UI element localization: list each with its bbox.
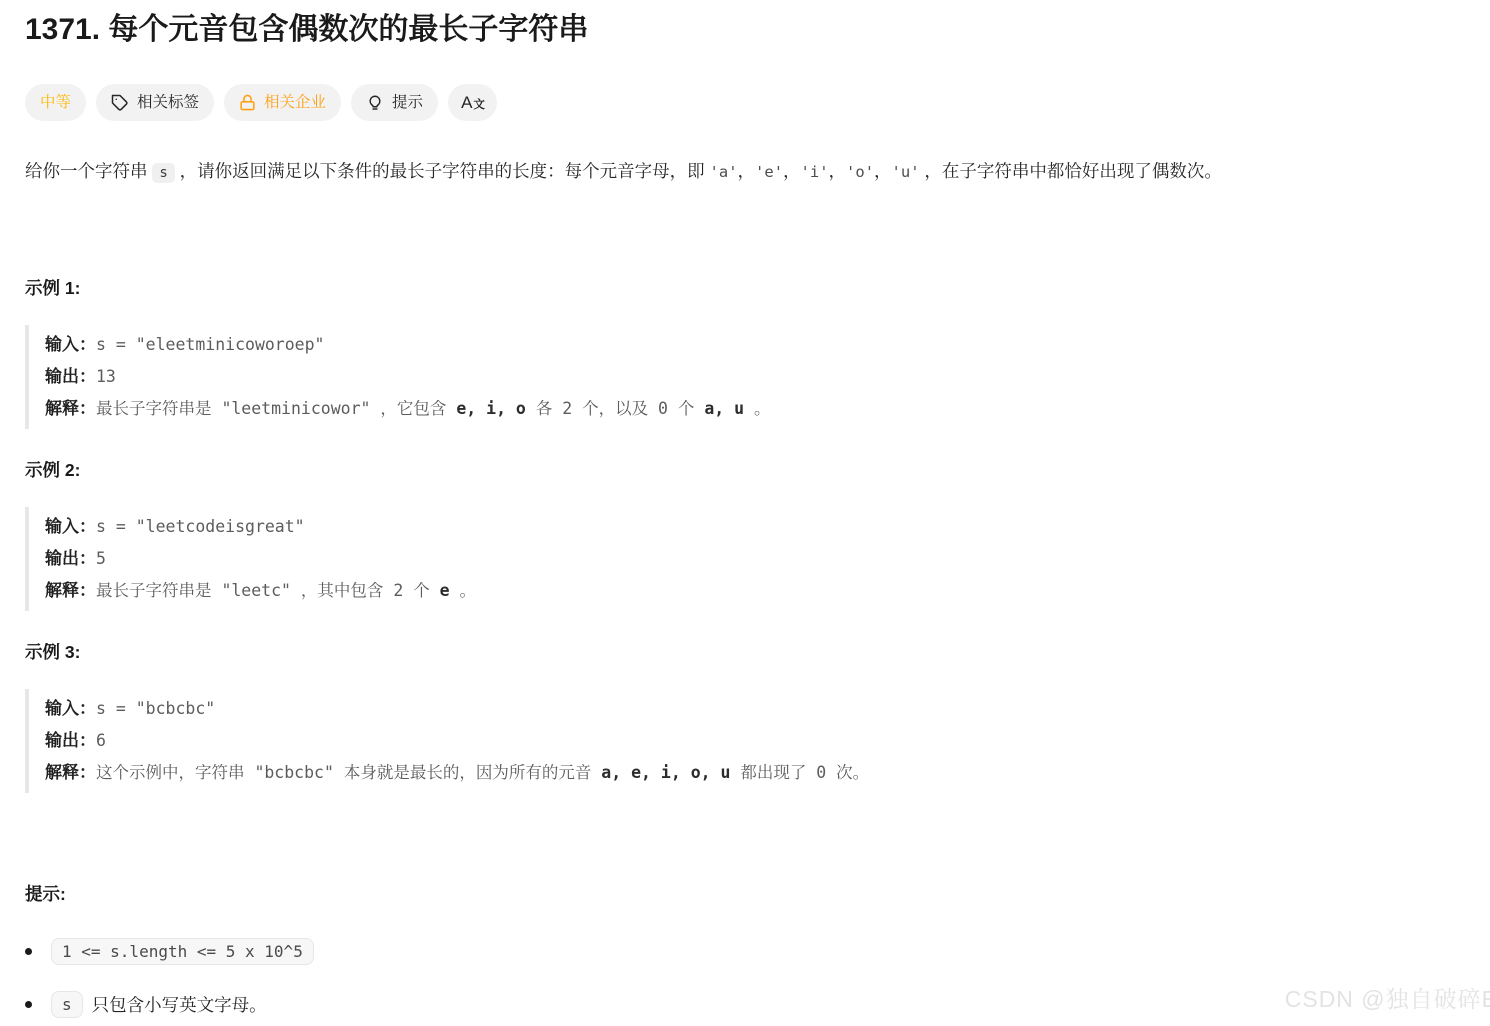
- description-text: ，在子字符串中都恰好出现了偶数次。: [920, 161, 1222, 181]
- example-1-output: 输出：13: [45, 361, 1465, 393]
- lightbulb-icon: [366, 94, 384, 112]
- vowel-literal-a: 'a': [710, 163, 738, 181]
- output-value: 6: [96, 731, 106, 750]
- difficulty-badge: 中等: [25, 84, 86, 121]
- problem-page: 1371. 每个元音包含偶数次的最长子字符串 中等 相关标签 相关企业: [0, 0, 1490, 1018]
- constraint-text: 只包含小写英文字母。: [92, 992, 267, 1017]
- constraint-code-s: s: [51, 991, 83, 1018]
- explain-bold: a, u: [704, 399, 744, 418]
- explain-text: ，其中包含 2 个: [291, 581, 440, 600]
- explain-text: 最长子字符串是: [96, 581, 221, 600]
- csdn-watermark: CSDN @独自破碎E: [1285, 981, 1490, 1014]
- output-label: 输出：: [45, 367, 96, 386]
- vowel-literal-o: 'o': [846, 163, 874, 181]
- example-1-block: 输入：s = "eleetminicoworoep" 输出：13 解释：最长子字…: [25, 325, 1465, 429]
- example-2-output: 输出：5: [45, 543, 1465, 575]
- bullet-icon: [25, 1001, 32, 1008]
- translate-button[interactable]: A文: [448, 84, 497, 121]
- vowel-literal-i: 'i': [801, 163, 829, 181]
- hint-button[interactable]: 提示: [351, 84, 438, 121]
- related-tags-button[interactable]: 相关标签: [96, 84, 214, 121]
- explain-text: 都出现了 0 次。: [730, 763, 869, 782]
- related-tags-label: 相关标签: [137, 95, 199, 111]
- input-value: s = "bcbcbc": [96, 699, 215, 718]
- example-1-explanation: 解释：最长子字符串是 "leetminicowor" ，它包含 e, i, o …: [45, 393, 1465, 425]
- translate-glyph-a: A: [461, 94, 472, 111]
- example-2-heading: 示例 2:: [25, 459, 1465, 481]
- constraint-item-2: s 只包含小写英文字母。: [25, 990, 1465, 1018]
- explain-text: 各 2 个，以及 0 个: [526, 399, 704, 418]
- output-value: 5: [96, 549, 106, 568]
- output-label: 输出：: [45, 549, 96, 568]
- input-label: 输入：: [45, 517, 96, 536]
- constraints-list: 1 <= s.length <= 5 x 10^5 s 只包含小写英文字母。: [25, 937, 1465, 1018]
- example-2-block: 输入：s = "leetcodeisgreat" 输出：5 解释：最长子字符串是…: [25, 507, 1465, 611]
- difficulty-label: 中等: [40, 95, 71, 111]
- description-text: ，: [738, 161, 756, 181]
- explain-code: "leetminicowor": [221, 399, 370, 418]
- constraints-heading: 提示:: [25, 883, 1465, 905]
- example-3-input: 输入：s = "bcbcbc": [45, 693, 1465, 725]
- input-label: 输入：: [45, 335, 96, 354]
- explain-code: "leetc": [221, 581, 291, 600]
- problem-description: 给你一个字符串 s ，请你返回满足以下条件的最长子字符串的长度：每个元音字母，即…: [25, 157, 1465, 187]
- explain-text: 这个示例中，字符串: [96, 763, 254, 782]
- description-text: ，请你返回满足以下条件的最长子字符串的长度：每个元音字母，即: [175, 161, 710, 181]
- hint-label: 提示: [392, 95, 423, 111]
- example-1-heading: 示例 1:: [25, 277, 1465, 299]
- description-text: ，: [829, 161, 847, 181]
- constraint-item-1: 1 <= s.length <= 5 x 10^5: [25, 937, 1465, 965]
- tag-icon: [111, 94, 129, 112]
- vowel-literal-u: 'u': [892, 163, 920, 181]
- description-text: ，: [783, 161, 801, 181]
- input-value: s = "eleetminicoworoep": [96, 335, 324, 354]
- lock-icon: [239, 94, 256, 111]
- explain-bold: e, i, o: [456, 399, 526, 418]
- example-3-explanation: 解释：这个示例中，字符串 "bcbcbc" 本身就是最长的，因为所有的元音 a,…: [45, 757, 1465, 789]
- description-text: ，: [874, 161, 892, 181]
- related-companies-button[interactable]: 相关企业: [224, 84, 341, 121]
- example-3-block: 输入：s = "bcbcbc" 输出：6 解释：这个示例中，字符串 "bcbcb…: [25, 689, 1465, 793]
- explain-text: 。: [744, 399, 770, 418]
- example-2-input: 输入：s = "leetcodeisgreat": [45, 511, 1465, 543]
- explain-text: 本身就是最长的，因为所有的元音: [334, 763, 601, 782]
- output-value: 13: [96, 367, 116, 386]
- explain-label: 解释：: [45, 763, 96, 782]
- description-text: 给你一个字符串: [25, 161, 152, 181]
- explain-code: "bcbcbc": [254, 763, 333, 782]
- explain-bold: a, e, i, o, u: [601, 763, 730, 782]
- example-3-heading: 示例 3:: [25, 641, 1465, 663]
- example-1-input: 输入：s = "eleetminicoworoep": [45, 329, 1465, 361]
- problem-title: 1371. 每个元音包含偶数次的最长子字符串: [25, 10, 1465, 50]
- explain-text: 最长子字符串是: [96, 399, 221, 418]
- explain-label: 解释：: [45, 581, 96, 600]
- translate-icon: A文: [461, 94, 484, 111]
- input-value: s = "leetcodeisgreat": [96, 517, 305, 536]
- explain-label: 解释：: [45, 399, 96, 418]
- constraint-code: 1 <= s.length <= 5 x 10^5: [51, 938, 314, 965]
- explain-text: 。: [450, 581, 476, 600]
- translate-glyph-wen: 文: [473, 100, 485, 112]
- input-label: 输入：: [45, 699, 96, 718]
- related-companies-label: 相关企业: [264, 95, 326, 111]
- badge-row: 中等 相关标签 相关企业: [25, 84, 1465, 121]
- bullet-icon: [25, 948, 32, 955]
- output-label: 输出：: [45, 731, 96, 750]
- explain-bold: e: [440, 581, 450, 600]
- explain-text: ，它包含: [370, 399, 456, 418]
- inline-code-s: s: [152, 163, 174, 183]
- example-2-explanation: 解释：最长子字符串是 "leetc" ，其中包含 2 个 e 。: [45, 575, 1465, 607]
- vowel-literal-e: 'e': [755, 163, 783, 181]
- example-3-output: 输出：6: [45, 725, 1465, 757]
